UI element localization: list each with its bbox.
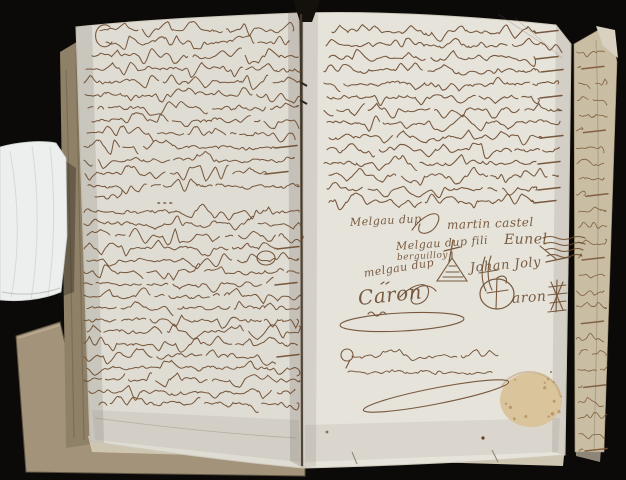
cloth-bookmark bbox=[0, 142, 67, 301]
manuscript-photo: Melgau dup martin castel Melgau dup fili… bbox=[0, 0, 626, 480]
